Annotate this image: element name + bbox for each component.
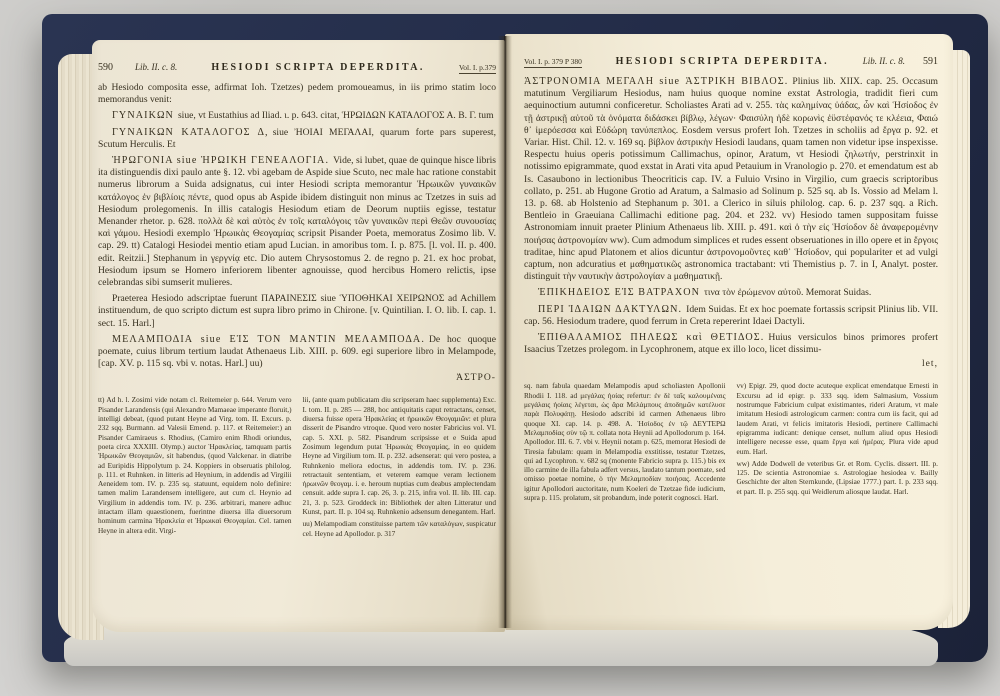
left-volume-ref: Vol. I. p.379: [459, 63, 496, 74]
greek-heading: ἩΡΩΓΟΝΙΑ siue ἩΡΩΙΚΗ ΓΕΝΕΑΛΟΓΙΑ.: [112, 155, 329, 166]
right-footnotes: sq. nam fabula quaedam Melampodis apud s…: [524, 381, 938, 505]
paragraph-text: τινα τὸν ἐρώμενον αὐτοῦ. Memorat Suidas.: [704, 287, 871, 298]
footnote-column-1: sq. nam fabula quaedam Melampodis apud s…: [524, 381, 726, 505]
footnote-text: vv) Epigr. 29, quod docte acuteque expli…: [737, 381, 939, 455]
greek-heading: ἘΠΙΘΑΛΑΜΙΟΣ ΠΗΛΕΩΣ καὶ ΘΕΤΙΔΟΣ.: [538, 332, 764, 343]
left-chapter-label: Lib. II. c. 8.: [135, 62, 177, 72]
left-page-text: 590 Lib. II. c. 8. HESIODI SCRIPTA DEPER…: [98, 62, 496, 541]
left-footnotes: tt) Ad h. l. Zosimi vide notam cl. Reite…: [98, 395, 496, 540]
book-photo-scene: 590 Lib. II. c. 8. HESIODI SCRIPTA DEPER…: [0, 0, 1000, 696]
footnote-text: lii, (ante quam publicatam diu scripsera…: [303, 395, 497, 516]
footnote-column-1: tt) Ad h. l. Zosimi vide notam cl. Reite…: [98, 395, 292, 540]
right-volume-ref: Vol. I. p. 379 P 380: [524, 57, 582, 68]
right-catchword: let,: [524, 358, 938, 369]
greek-heading: ΠΕΡΙ ἸΔΑΙΩΝ ΔΑΚΤΥΛΩΝ.: [538, 304, 682, 315]
paragraph-text: Vide, si lubet, quae de quinque hisce li…: [98, 155, 496, 288]
paragraph: ΠΕΡΙ ἸΔΑΙΩΝ ΔΑΚΤΥΛΩΝ.Idem Suidas. Et ex …: [524, 304, 938, 328]
right-page-number: 591: [923, 56, 938, 67]
right-running-title: HESIODI SCRIPTA DEPERDITA.: [582, 56, 863, 67]
paragraph: ἩΡΩΓΟΝΙΑ siue ἩΡΩΙΚΗ ΓΕΝΕΑΛΟΓΙΑ.Vide, si…: [98, 155, 496, 289]
paragraph: ἘΠΙΘΑΛΑΜΙΟΣ ΠΗΛΕΩΣ καὶ ΘΕΤΙΔΟΣ.Huius ver…: [524, 332, 938, 356]
gutter-shadow: [498, 36, 512, 628]
paragraph-text: Plinius lib. XIIX. cap. 25. Occasum matu…: [524, 76, 938, 282]
left-catchword: ἈΣΤΡΟ-: [98, 372, 496, 383]
paragraph: ΜΕΛΑΜΠΟΔΙΑ siue ΕἸΣ ΤΟΝ ΜΑΝΤΙΝ ΜΕΛΑΜΠΟΔΑ…: [98, 334, 496, 371]
paragraph-text: ab Hesiodo composita esse, adfirmat Ioh.…: [98, 82, 496, 105]
paragraph: ἘΠΙΚΗΔΕΙΟΣ ΕἸΣ ΒΑΤΡΑΧΟΝτινα τὸν ἐρώμενον…: [524, 287, 938, 299]
paragraph: ΓΥΝΑΙΚΩΝsiue, vt Eustathius ad Iliad. ι.…: [98, 110, 496, 122]
footnote-text: uu) Melampodiam constituisse partem τῶν …: [303, 519, 497, 538]
left-running-title: HESIODI SCRIPTA DEPERDITA.: [177, 62, 459, 73]
right-page-header: Vol. I. p. 379 P 380 HESIODI SCRIPTA DEP…: [524, 56, 938, 68]
left-page-header: 590 Lib. II. c. 8. HESIODI SCRIPTA DEPER…: [98, 62, 496, 74]
greek-heading: ΓΥΝΑΙΚΩΝ ΚΑΤΑΛΟΓΟΣ Δ,: [112, 127, 269, 138]
paragraph: ἈΣΤΡΟΝΟΜΙΑ ΜΕΓΑΛΗ siue ἈΣΤΡΙΚΗ ΒΙΒΛΟΣ.Pl…: [524, 76, 938, 283]
footnote-text: ww) Adde Dodwell de veteribus Gr. et Rom…: [737, 459, 939, 496]
paragraph: ΓΥΝΑΙΚΩΝ ΚΑΤΑΛΟΓΟΣ Δ,siue ἨΟΙΑΙ ΜΕΓΑΛΑΙ,…: [98, 127, 496, 151]
footnote-column-2: vv) Epigr. 29, quod docte acuteque expli…: [737, 381, 939, 505]
footnote-text: tt) Ad h. l. Zosimi vide notam cl. Reite…: [98, 395, 292, 534]
greek-heading: ΓΥΝΑΙΚΩΝ: [112, 110, 174, 121]
paragraph-text: siue, vt Eustathius ad Iliad. ι. p. 643.…: [178, 110, 494, 121]
paragraph: ab Hesiodo composita esse, adfirmat Ioh.…: [98, 82, 496, 106]
paragraph: Praeterea Hesiodo adscriptae fuerunt ΠΑΡ…: [98, 293, 496, 330]
greek-heading: ΜΕΛΑΜΠΟΔΙΑ siue ΕἸΣ ΤΟΝ ΜΑΝΤΙΝ ΜΕΛΑΜΠΟΔΑ…: [112, 334, 425, 345]
greek-heading: ἘΠΙΚΗΔΕΙΟΣ ΕἸΣ ΒΑΤΡΑΧΟΝ: [538, 287, 700, 298]
right-chapter-label: Lib. II. c. 8.: [863, 56, 905, 66]
footnote-column-2: lii, (ante quam publicatam diu scripsera…: [303, 395, 497, 540]
paragraph-text: Praeterea Hesiodo adscriptae fuerunt ΠΑΡ…: [98, 293, 496, 328]
right-page-text: Vol. I. p. 379 P 380 HESIODI SCRIPTA DEP…: [524, 56, 938, 505]
footnote-text: sq. nam fabula quaedam Melampodis apud s…: [524, 381, 726, 502]
greek-heading: ἈΣΤΡΟΝΟΜΙΑ ΜΕΓΑΛΗ siue ἈΣΤΡΙΚΗ ΒΙΒΛΟΣ.: [524, 76, 788, 87]
left-page-number: 590: [98, 62, 113, 73]
